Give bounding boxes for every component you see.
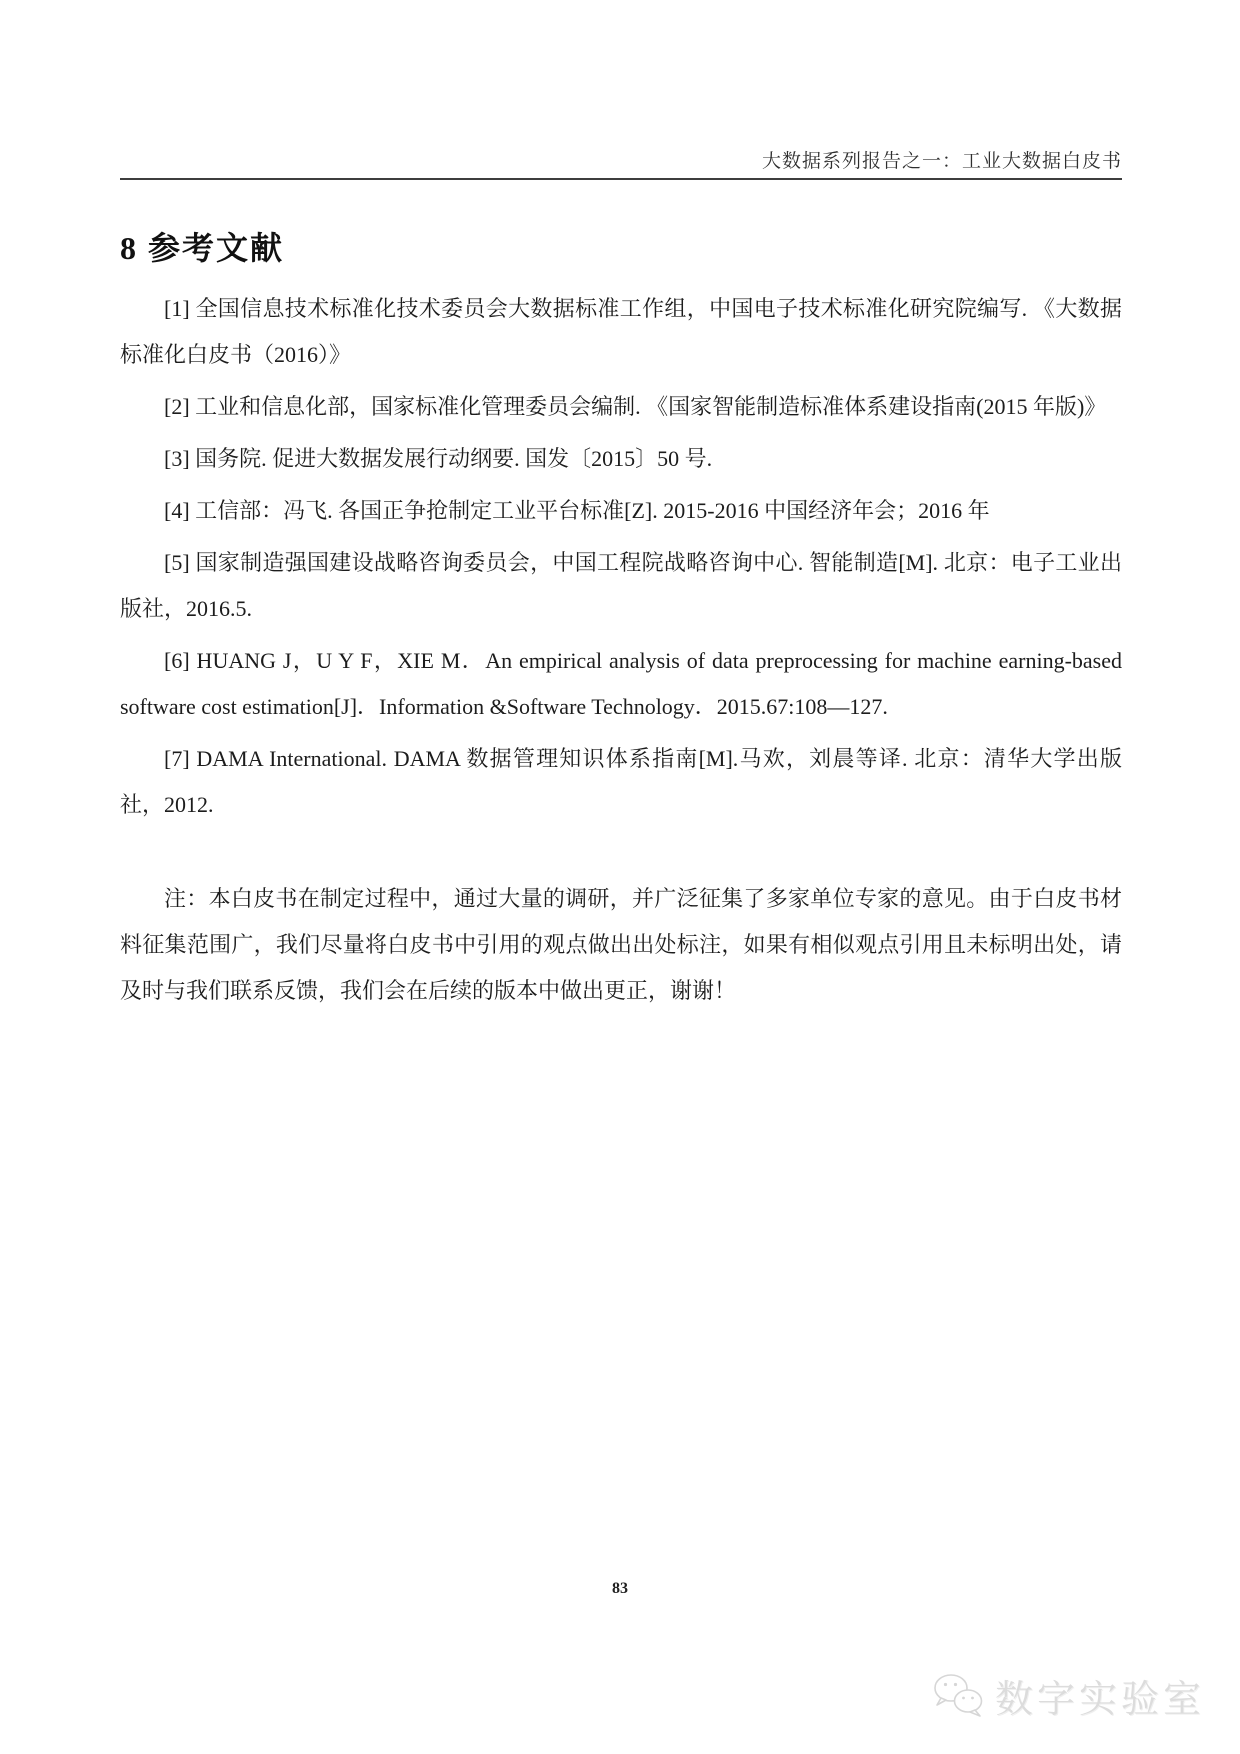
page-number: 83 xyxy=(0,1580,1240,1598)
watermark-text: 数字实验室 xyxy=(995,1668,1205,1723)
reference-list: [1] 全国信息技术标准化技术委员会大数据标准工作组，中国电子技术标准化研究院编… xyxy=(120,286,1122,828)
reference-item-6: [6] HUANG J，U Y F，XIE M．An empirical ana… xyxy=(120,638,1122,730)
reference-item-4: [4] 工信部：冯飞. 各国正争抢制定工业平台标准[Z]. 2015-2016 … xyxy=(120,488,1122,534)
running-header: 大数据系列报告之一：工业大数据白皮书 xyxy=(120,150,1122,174)
page-title: 8 参考文献 xyxy=(120,229,1122,267)
wechat-chat-bubbles-icon xyxy=(931,1672,987,1720)
reference-item-1: [1] 全国信息技术标准化技术委员会大数据标准工作组，中国电子技术标准化研究院编… xyxy=(120,286,1122,378)
watermark: 数字实验室 xyxy=(931,1668,1205,1723)
page-content: 大数据系列报告之一：工业大数据白皮书 8 参考文献 [1] 全国信息技术标准化技… xyxy=(120,0,1122,1020)
document-page: 大数据系列报告之一：工业大数据白皮书 8 参考文献 [1] 全国信息技术标准化技… xyxy=(0,0,1240,1754)
reference-item-3: [3] 国务院. 促进大数据发展行动纲要. 国发〔2015〕50 号. xyxy=(120,436,1122,482)
editorial-note: 注：本白皮书在制定过程中，通过大量的调研，并广泛征集了多家单位专家的意见。由于白… xyxy=(120,876,1122,1014)
reference-item-2: [2] 工业和信息化部，国家标准化管理委员会编制. 《国家智能制造标准体系建设指… xyxy=(120,384,1122,430)
header-rule xyxy=(120,178,1122,180)
reference-item-5: [5] 国家制造强国建设战略咨询委员会，中国工程院战略咨询中心. 智能制造[M]… xyxy=(120,540,1122,632)
reference-item-7: [7] DAMA International. DAMA 数据管理知识体系指南[… xyxy=(120,736,1122,828)
